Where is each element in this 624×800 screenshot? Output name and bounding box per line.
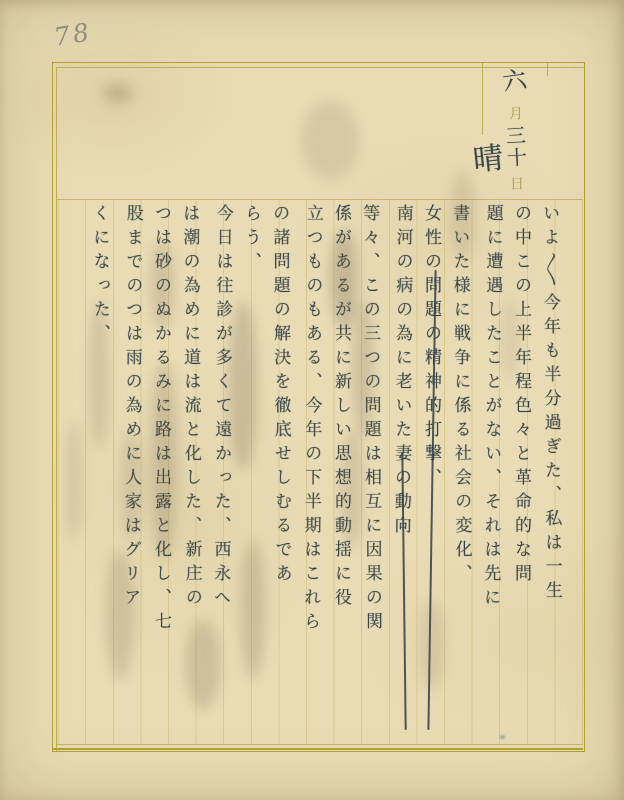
- date-month: 六: [494, 66, 532, 95]
- diary-frame-bottom-line: [52, 748, 583, 750]
- date-month-printed-label: 月: [505, 106, 525, 120]
- date-column-rule: [482, 62, 483, 135]
- page-number: 78: [52, 17, 94, 52]
- date-column-tick: [547, 62, 548, 76]
- ink-spot: [500, 735, 505, 739]
- manuscript-grid: [57, 199, 583, 745]
- date-day-printed-label: 日: [506, 176, 526, 190]
- date-weather: 晴: [461, 141, 508, 175]
